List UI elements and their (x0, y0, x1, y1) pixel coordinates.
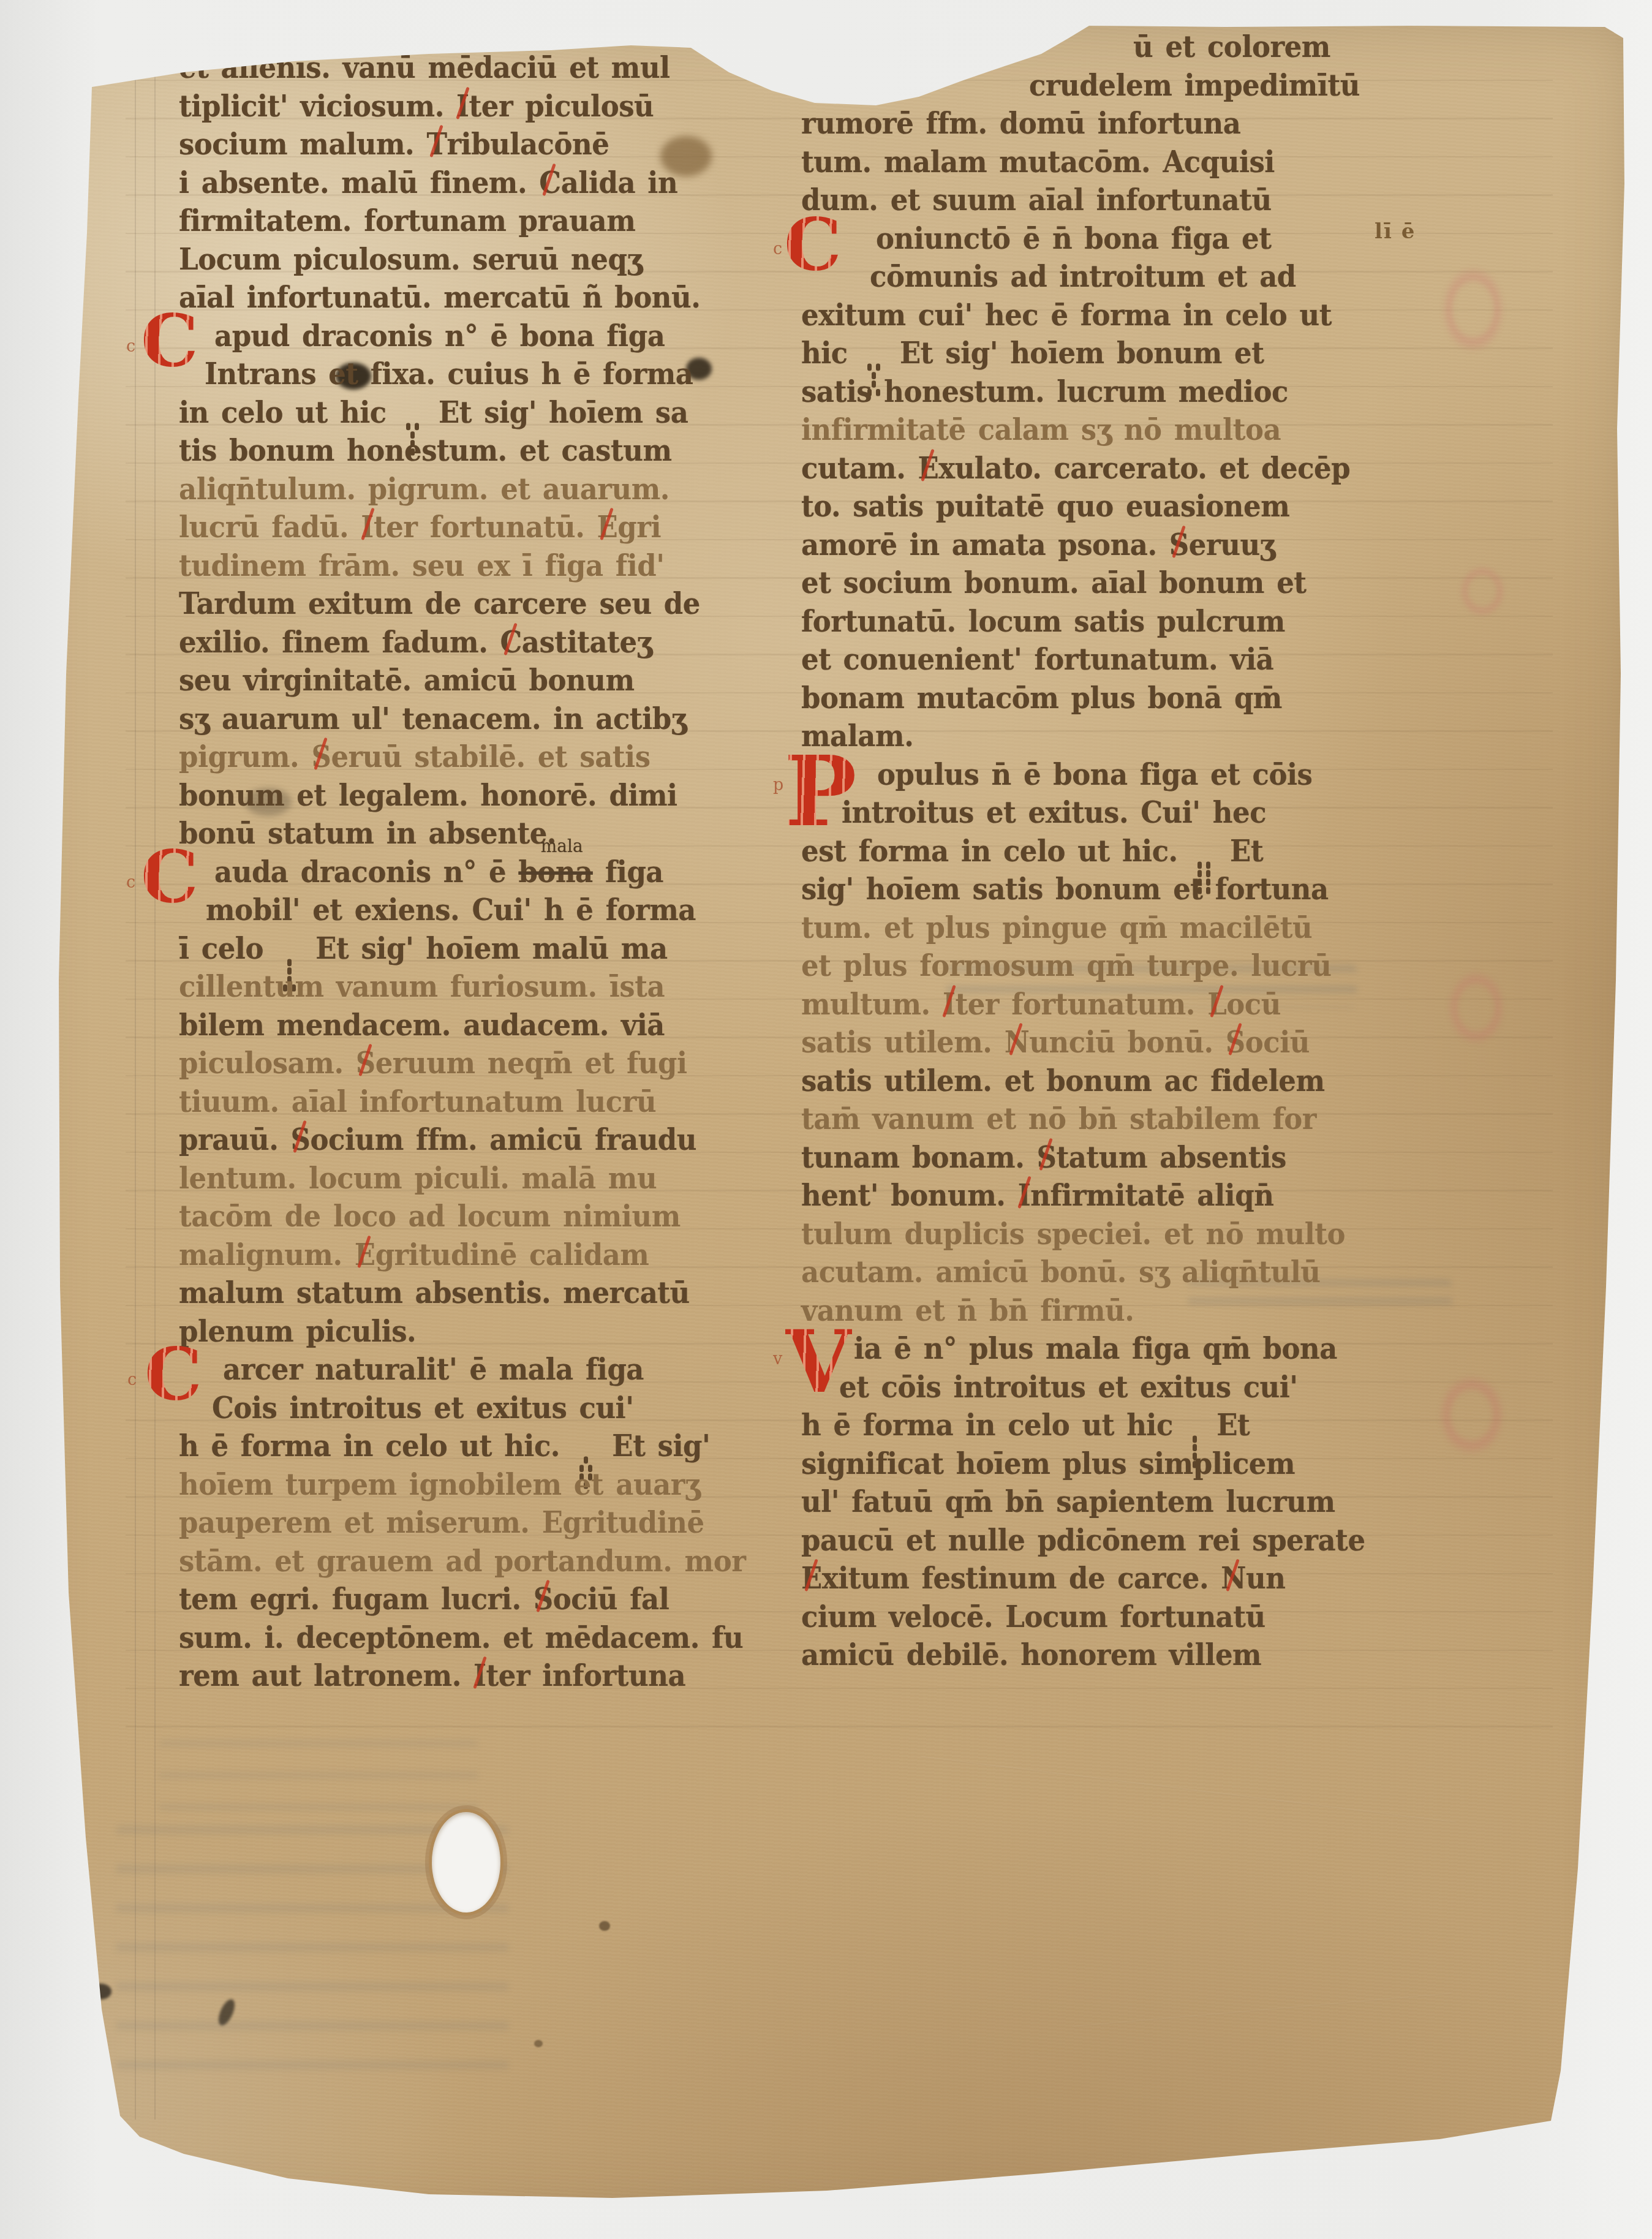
text-run: plenum piculis. (179, 1314, 416, 1348)
rubricated-letter: I (473, 1658, 486, 1693)
text-run: Et sig' (600, 1429, 710, 1463)
text-line: piculosam. Seruum neqm̄ et fugi (179, 1046, 687, 1086)
small-speck-2 (534, 2040, 543, 2047)
red-offset-ghost-4 (1436, 1372, 1507, 1458)
text-line: sig' hoīem satis bonum et fortuna (801, 872, 1329, 912)
figure-row (287, 959, 292, 966)
text-run: ocium ffm. amicū fraudu (311, 1122, 696, 1157)
rubricated-letter: L (1207, 987, 1226, 1021)
text-run: bilem mendacem. audacem. viā (179, 1008, 665, 1042)
text-line: lentum. locum piculi. malā mu (179, 1161, 657, 1201)
text-run: dum. et suum aīal infortunatū (801, 183, 1272, 217)
text-line: tam̄ vanum et nō bn̄ stabilem for (801, 1101, 1316, 1142)
text-run: prauū. (179, 1122, 291, 1157)
text-line: cium velocē. Locum fortunatū (801, 1599, 1265, 1640)
text-line: seu virginitatē. amicū bonum (179, 663, 635, 703)
text-run: fortunatū. locum satis pulcrum (801, 604, 1285, 638)
rubricated-letter: S (534, 1582, 553, 1616)
rubricated-letter: C (539, 165, 560, 200)
text-line: introitus et exitus. Cui' hec (842, 795, 1266, 836)
text-line: tum. et plus pingue qm̄ macilētū (801, 910, 1312, 951)
text-run: eruū stabilē. et satis (331, 739, 650, 774)
text-line: pigrum. Seruū stabilē. et satis (179, 739, 651, 780)
text-line: Intrans et fixa. cuius h ē forma (205, 357, 693, 397)
text-line: ū et colorem (1133, 29, 1330, 70)
guide-letter: c (773, 240, 782, 259)
text-run: figa (593, 855, 663, 889)
black-speck-1 (71, 1963, 88, 1976)
red-offset-ghost-2 (1458, 564, 1507, 619)
text-line: opulus n̄ ē bona figa et cōis (877, 757, 1312, 798)
text-run: sum. i. deceptōnem. et mēdacem. fu (179, 1620, 743, 1655)
text-run: Cois introitus et exitus cui' (212, 1391, 633, 1425)
text-run: aliqn̄tulum. pigrum. et auarum. (179, 472, 669, 506)
rubricated-letter: S (291, 1122, 311, 1157)
guide-letter: p (773, 776, 783, 795)
text-run: alida in (561, 165, 677, 200)
figure-dot (1198, 861, 1202, 869)
rubricated-letter: I (943, 987, 956, 1021)
text-line: tacōm de loco ad locum nimium (179, 1199, 681, 1239)
text-run: paucū et nulle pdicōnem rei sperate (801, 1523, 1365, 1557)
rubricated-letter: I (456, 89, 469, 123)
text-line: hic Et sig' hoīem bonum et (801, 336, 1264, 376)
text-run: arcer naturalit' ē mala figa (223, 1352, 644, 1386)
text-line: sʒ auarum ul' tenacem. in actibʒ (179, 701, 687, 742)
rubricated-letter: T (426, 127, 447, 161)
rubricated-letter: E (801, 1561, 822, 1595)
text-line: auda draconis n° ē bonamala figa (214, 855, 663, 895)
text-run: piculosam. (179, 1046, 356, 1080)
text-run: bonum et legalem. honorē. dimi (179, 778, 677, 812)
figure-row (1198, 861, 1210, 869)
text-run: ribulacōnē (447, 127, 609, 161)
text-line: tiplicit' viciosum. Iter piculosū (179, 89, 654, 129)
text-run: satis utilem. (801, 1025, 1005, 1059)
text-run: amicū debilē. honorem villem (801, 1637, 1261, 1672)
text-line: amicū debilē. honorem villem (801, 1637, 1261, 1678)
text-line: bonum et legalem. honorē. dimi (179, 778, 677, 818)
text-run: ī celo (179, 931, 276, 965)
text-run: ia ē n° plus mala figa qm̄ bona (854, 1331, 1337, 1365)
figure-dot (1193, 1436, 1197, 1443)
small-speck (599, 1921, 610, 1931)
text-run: socium malum. (179, 127, 426, 161)
illuminated-initial-c-3: C (784, 214, 842, 275)
text-run: exitum cui' hec ē forma in celo ut (801, 298, 1332, 332)
text-run: seu virginitatē. amicū bonum (179, 663, 635, 697)
margin-ruling-left-1 (135, 55, 136, 2120)
text-line: tis bonum honestum. et castum (179, 433, 672, 474)
red-offset-ghost-1 (1439, 263, 1507, 355)
text-line: bonam mutacōm plus bonā qm̄ (801, 681, 1282, 721)
text-run: Intrans et fixa. cuius h ē forma (205, 357, 693, 391)
guide-letter: v (773, 1350, 782, 1369)
text-line: satis utilem. Nunciū bonū. Sociū (801, 1025, 1310, 1065)
rubricated-letter: I (361, 510, 374, 544)
text-run: apud draconis n° ē bona figa (214, 319, 665, 353)
text-run: multum. (801, 987, 943, 1021)
text-run: tacōm de loco ad locum nimium (179, 1199, 681, 1233)
text-line: ul' fatuū qm̄ bn̄ sapientem lucrum (801, 1484, 1335, 1525)
text-line: plenum piculis. (179, 1314, 416, 1354)
text-line: tulum duplicis speciei. et nō multo (801, 1217, 1345, 1257)
text-run: tam̄ vanum et nō bn̄ stabilem for (801, 1101, 1316, 1136)
text-line: prauū. Socium ffm. amicū fraudu (179, 1122, 696, 1163)
text-line: stām. et grauem ad portandum. mor (179, 1544, 745, 1584)
text-line: significat hoīem plus simplicem (801, 1446, 1295, 1487)
text-run: et plus formosum qm̄ turpe. lucrū (801, 948, 1331, 983)
text-line: tum. malam mutacōm. Acquisi (801, 145, 1275, 185)
text-line: Locum piculosum. seruū neqʒ (179, 242, 642, 282)
text-run: stām. et grauem ad portandum. mor (179, 1544, 745, 1578)
text-line: Cois introitus et exitus cui' (212, 1391, 633, 1431)
scanned-manuscript-page: { "manuscript": { "margin_note": { "t": … (0, 0, 1652, 2239)
text-run: cium velocē. Locum fortunatū (801, 1599, 1265, 1634)
figure-dot (415, 423, 419, 430)
figure-dot (867, 364, 872, 371)
rubricated-letter: C (500, 625, 522, 659)
figure-row (406, 423, 419, 430)
rubricated-letter: S (1169, 527, 1189, 562)
text-line: mobil' et exiens. Cui' h ē forma (206, 893, 696, 933)
text-run: est forma in celo ut hic. (801, 834, 1190, 868)
text-run: in celo ut hic (179, 395, 399, 429)
text-run: satis honestum. lucrum medioc (801, 374, 1288, 409)
text-line: malignum. Egritudinē calidam (179, 1237, 649, 1278)
illuminated-initial-c-1: C (141, 846, 198, 907)
text-line: et alienis. vanū mēdaciū et mul (179, 50, 670, 91)
text-run: Et (1204, 1408, 1250, 1442)
figure-dot (1206, 861, 1210, 869)
text-run: to. satis puitatē quo euasionem (801, 489, 1289, 523)
text-run: ocū (1226, 987, 1281, 1021)
figure-row (867, 364, 880, 371)
text-line: tem egri. fugam lucri. Sociū fal (179, 1582, 669, 1622)
rubricated-letter: S (1036, 1140, 1056, 1174)
text-run: Tardum exitum de carcere seu de (179, 586, 700, 621)
figure-dot (876, 364, 880, 371)
text-run: malum statum absentis. mercatū (179, 1275, 690, 1310)
illuminated-initial-c-2: C (145, 1343, 202, 1405)
text-run: tis bonum honestum. et castum (179, 433, 672, 467)
parchment-hole (432, 1812, 500, 1912)
text-line: crudelem impedimītū (1029, 68, 1360, 108)
text-run: h ē forma in celo ut hic. (179, 1429, 572, 1463)
text-run: nfirmitatē aliqn̄ (1030, 1178, 1273, 1212)
rubricated-letter: N (1005, 1025, 1030, 1059)
margin-note: lī ē (1375, 219, 1416, 244)
text-run: un (1246, 1561, 1285, 1595)
text-run: firmitatem. fortunam prauam (179, 203, 635, 238)
text-line: fortunatū. locum satis pulcrum (801, 604, 1285, 644)
rubricated-letter: E (355, 1237, 375, 1272)
text-line: ia ē n° plus mala figa qm̄ bona (854, 1331, 1337, 1372)
text-line: in celo ut hic Et sig' hoīem sa (179, 395, 688, 436)
text-run: tatum absentis (1056, 1140, 1286, 1174)
figure-dot (406, 423, 410, 430)
parchment-leaf: lī ē et alienis. vanū mēdaciū et multipl… (0, 0, 1652, 2239)
text-line: pauperem et miserum. Egritudinē (179, 1505, 704, 1546)
text-run: ul' fatuū qm̄ bn̄ sapientem lucrum (801, 1484, 1335, 1519)
text-run: tunam bonam. (801, 1140, 1036, 1174)
guide-letter: c (126, 337, 135, 356)
text-run: gritudinē calidam (375, 1237, 649, 1272)
text-run: ter piculosū (469, 89, 654, 123)
text-run: et cōis introitus et exitus cui' (839, 1370, 1298, 1404)
text-run: Locum piculosum. seruū neqʒ (179, 242, 642, 276)
text-line: apud draconis n° ē bona figa (214, 319, 665, 359)
text-run: tum. malam mutacōm. Acquisi (801, 145, 1275, 179)
text-line: exilio. finem fadum. Castitateʒ (179, 625, 652, 665)
text-run: ter fortunatū. (374, 510, 597, 544)
text-line: et conuenient' fortunatum. viā (801, 642, 1273, 682)
text-run: Et sig' hoīem malū ma (303, 931, 668, 965)
text-run: cōmunis ad introitum et ad (870, 259, 1296, 293)
figure-row (1193, 1436, 1197, 1443)
text-run: unciū bonū. (1029, 1025, 1226, 1059)
text-run: oniunctō ē n̄ bona figa et (876, 221, 1272, 255)
text-line: lucrū fadū. Iter fortunatū. Egri (179, 510, 661, 550)
text-run: pauperem et miserum. Egritudinē (179, 1505, 704, 1539)
text-run: rumorē ffm. domū infortuna (801, 106, 1240, 140)
text-run: eruuʒ (1189, 527, 1275, 562)
text-line: Tardum exitum de carcere seu de (179, 586, 700, 627)
text-line: h ē forma in celo ut hic. Et sig' (179, 1429, 710, 1469)
text-run: aīal infortunatū. mercatū ñ bonū. (179, 280, 700, 314)
text-run: satis utilem. et bonum ac fidelem (801, 1063, 1325, 1098)
illuminated-initial-v-5: V (785, 1326, 852, 1399)
text-run: cutam. (801, 451, 918, 485)
rubricated-letter: S (1226, 1025, 1245, 1059)
text-line: h ē forma in celo ut hic Et (801, 1408, 1250, 1448)
text-run: et conuenient' fortunatum. viā (801, 642, 1273, 676)
text-run: opulus n̄ ē bona figa et cōis (877, 757, 1312, 791)
text-run: auda draconis n° ē (214, 855, 518, 889)
text-line: i absente. malū finem. Calida in (179, 165, 677, 206)
figure-dot (584, 1457, 588, 1464)
text-run: acutam. amicū bonū. sʒ aliqn̄tulū (801, 1255, 1320, 1289)
text-run: sig' hoīem satis bonum et fortuna (801, 872, 1329, 906)
text-run: exilio. finem fadum. (179, 625, 500, 659)
interlinear-correction: mala (541, 835, 583, 856)
figure-dot (287, 959, 292, 966)
text-line: multum. Iter fortunatum. Locū (801, 987, 1281, 1027)
text-line: bonū statum in absente. (179, 816, 556, 856)
text-line: sum. i. deceptōnem. et mēdacem. fu (179, 1620, 743, 1661)
text-run: ter fortunatum. (955, 987, 1207, 1021)
text-run: introitus et exitus. Cui' hec (842, 795, 1266, 829)
red-offset-ghost-3 (1446, 968, 1507, 1048)
text-line: paucū et nulle pdicōnem rei sperate (801, 1523, 1365, 1563)
text-line: exitum cui' hec ē forma in celo ut (801, 298, 1332, 338)
text-run: gri (617, 510, 661, 544)
text-run: et alienis. vanū mēdaciū et mul (179, 50, 670, 85)
text-line: bilem mendacem. audacem. viā (179, 1008, 665, 1048)
text-line: oniunctō ē n̄ bona figa et (876, 221, 1272, 262)
text-run: hoīem turpem ignobilem et auarʒ (179, 1467, 700, 1501)
struck-word: bonamala (518, 855, 592, 889)
figure-row (584, 1457, 588, 1464)
text-run: mobil' et exiens. Cui' h ē forma (206, 893, 696, 927)
text-run: lucrū fadū. (179, 510, 361, 544)
text-run: astitateʒ (522, 625, 652, 659)
text-line: cōmunis ad introitum et ad (870, 259, 1296, 300)
rubricated-letter: E (918, 451, 939, 485)
text-line: cutam. Exulato. carcerato. et decēp (801, 451, 1350, 491)
text-line: est forma in celo ut hic. Et (801, 834, 1263, 874)
text-run: hent' bonum. (801, 1178, 1018, 1212)
text-line: arcer naturalit' ē mala figa (223, 1352, 644, 1392)
text-line: amorē in amata psona. Seruuʒ (801, 527, 1275, 568)
text-line: rem aut latronem. Iter infortuna (179, 1658, 685, 1699)
text-line: socium malum. Tribulacōnē (179, 127, 609, 167)
text-line: Exitum festinum de carce. Nun (801, 1561, 1285, 1601)
text-line: malum statum absentis. mercatū (179, 1275, 690, 1316)
rubricated-letter: E (597, 510, 618, 544)
text-line: satis utilem. et bonum ac fidelem (801, 1063, 1325, 1104)
rubricated-letter: N (1221, 1561, 1246, 1595)
text-run: tem egri. fugam lucri. (179, 1582, 534, 1616)
text-run: hic (801, 336, 860, 370)
text-run: pigrum. (179, 739, 311, 774)
text-run: bonam mutacōm plus bonā qm̄ (801, 681, 1282, 715)
text-run: xulato. carcerato. et decēp (938, 451, 1350, 485)
text-run: bonū statum in absente. (179, 816, 556, 850)
rubricated-letter: S (311, 739, 331, 774)
text-line: aliqn̄tulum. pigrum. et auarum. (179, 472, 669, 512)
text-line: et plus formosum qm̄ turpe. lucrū (801, 948, 1331, 989)
illuminated-initial-c-0: C (141, 310, 198, 371)
rubricated-letter: S (356, 1046, 375, 1080)
text-line: dum. et suum aīal infortunatū (801, 183, 1272, 223)
text-line: tunam bonam. Statum absentis (801, 1140, 1286, 1180)
text-run: Et (1218, 834, 1263, 868)
illuminated-initial-p-4: P (784, 751, 857, 833)
text-run: infirmitatē calam sʒ nō multoa (801, 412, 1281, 447)
text-line: tiuum. aīal infortunatum lucrū (179, 1084, 656, 1125)
text-line: to. satis puitatē quo euasionem (801, 489, 1289, 529)
rubricated-letter: I (1018, 1178, 1031, 1212)
text-run: tum. et plus pingue qm̄ macilētū (801, 910, 1312, 945)
text-line: et cōis introitus et exitus cui' (839, 1370, 1298, 1410)
text-run: tiuum. aīal infortunatum lucrū (179, 1084, 656, 1119)
text-run: ociū (1245, 1025, 1310, 1059)
text-line: ī celo Et sig' hoīem malū ma (179, 931, 668, 972)
text-run: crudelem impedimītū (1029, 68, 1360, 102)
text-run: sʒ auarum ul' tenacem. in actibʒ (179, 701, 687, 736)
text-run: tiplicit' viciosum. (179, 89, 456, 123)
text-line: firmitatem. fortunam prauam (179, 203, 635, 244)
text-run: lentum. locum piculi. malā mu (179, 1161, 657, 1195)
text-line: satis honestum. lucrum medioc (801, 374, 1288, 415)
text-run: rem aut latronem. (179, 1658, 473, 1693)
show-through-text-4 (159, 1740, 478, 1813)
guide-letter: c (127, 1370, 137, 1389)
text-line: tudinem frām. seu ex ī figa fid' (179, 548, 665, 589)
text-run: Et sig' hoīem sa (426, 395, 688, 429)
text-run: cillentum vanum furiosum. īsta (179, 969, 665, 1003)
text-run: h ē forma in celo ut hic (801, 1408, 1185, 1442)
text-run: ociū fal (553, 1582, 669, 1616)
text-run: i absente. malū finem. (179, 165, 539, 200)
guide-letter: c (126, 873, 135, 892)
text-line: cillentum vanum furiosum. īsta (179, 969, 665, 1010)
text-line: et socium bonum. aīal bonum et (801, 565, 1307, 606)
text-line: acutam. amicū bonū. sʒ aliqn̄tulū (801, 1255, 1320, 1295)
text-run: malignum. (179, 1237, 355, 1272)
black-speck-2 (89, 1984, 111, 1999)
text-run: amorē in amata psona. (801, 527, 1169, 562)
text-line: hent' bonum. Infirmitatē aliqn̄ (801, 1178, 1273, 1218)
text-line: rumorē ffm. domū infortuna (801, 106, 1240, 146)
text-run: tudinem frām. seu ex ī figa fid' (179, 548, 665, 583)
text-run: eruum neqm̄ et fugi (375, 1046, 687, 1080)
text-run: Et sig' hoīem bonum et (888, 336, 1264, 370)
text-run: et socium bonum. aīal bonum et (801, 565, 1307, 600)
text-run: ū et colorem (1133, 29, 1330, 64)
text-run: tulum duplicis speciei. et nō multo (801, 1217, 1345, 1251)
text-run: xitum festinum de carce. (822, 1561, 1221, 1595)
text-run: significat hoīem plus simplicem (801, 1446, 1295, 1481)
text-line: infirmitatē calam sʒ nō multoa (801, 412, 1281, 453)
text-line: aīal infortunatū. mercatū ñ bonū. (179, 280, 700, 320)
text-line: hoīem turpem ignobilem et auarʒ (179, 1467, 700, 1508)
text-run: ter infortuna (486, 1658, 686, 1693)
